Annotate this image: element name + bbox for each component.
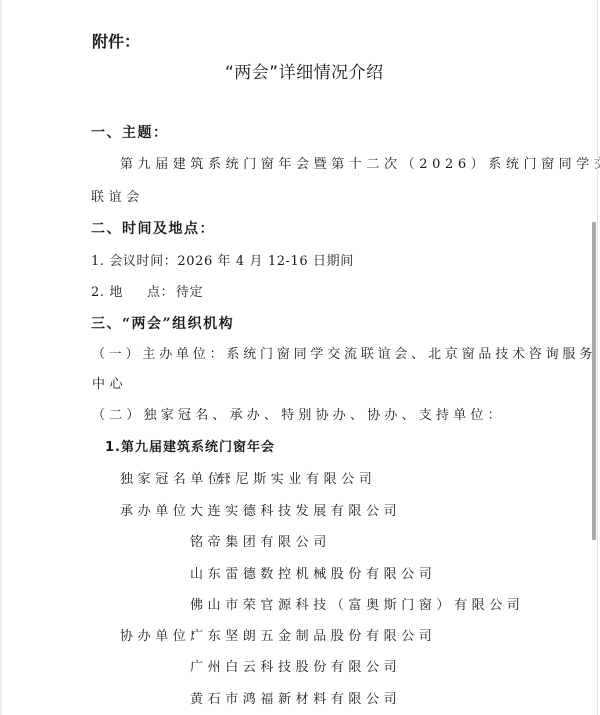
document-title: “两会”详细情况介绍 <box>225 64 384 82</box>
title-sponsor: 轩尼斯实业有限公司 <box>218 471 376 489</box>
co-organizer-item: 广东坚朗五金制品股份有限公司 <box>190 628 436 646</box>
host-line1: （一）主办单位：系统门窗同学交流联谊会、北京窗品技术咨询服务 <box>92 346 596 364</box>
annual-meeting-heading: 1.第九届建筑系统门窗年会 <box>105 439 275 457</box>
section-time-place-heading: 二、时间及地点： <box>91 220 215 238</box>
meeting-time: 1. 会议时间：2026 年 4 月 12-16 日期间 <box>91 253 354 271</box>
host-line2: 中心 <box>92 376 127 394</box>
right-border <box>597 0 598 715</box>
attachment-label: 附件： <box>92 33 140 51</box>
theme-body-line2: 联谊会 <box>91 189 144 207</box>
co-units-heading: （二）独家冠名、承办、特别协办、协办、支持单位： <box>92 407 505 425</box>
organizer-item: 山东雷德数控机械股份有限公司 <box>190 566 436 584</box>
place-label-2: 点： <box>147 284 174 302</box>
organizer-item: 铭帝集团有限公司 <box>190 534 331 552</box>
scrollbar-thumb[interactable] <box>592 222 596 540</box>
document-page: 附件： “两会”详细情况介绍 一、主题： 第九届建筑系统门窗年会暨第十二次（20… <box>0 0 590 715</box>
theme-body-line1: 第九届建筑系统门窗年会暨第十二次（2026）系统门窗同学交流 <box>120 156 600 174</box>
co-organizer-item: 广州白云科技股份有限公司 <box>190 659 401 677</box>
organizer-item: 佛山市荣官源科技（富奥斯门窗）有限公司 <box>190 597 524 615</box>
section-organization-heading: 三、“两会”组织机构 <box>91 315 234 333</box>
co-organizer-item: 黄石市鸿福新材料有限公司 <box>190 691 401 709</box>
place-label: 2. 地 <box>91 284 123 302</box>
place-value: 待定 <box>176 284 203 302</box>
organizer-item: 大连实德科技发展有限公司 <box>190 503 401 521</box>
section-theme-heading: 一、主题： <box>91 124 169 142</box>
